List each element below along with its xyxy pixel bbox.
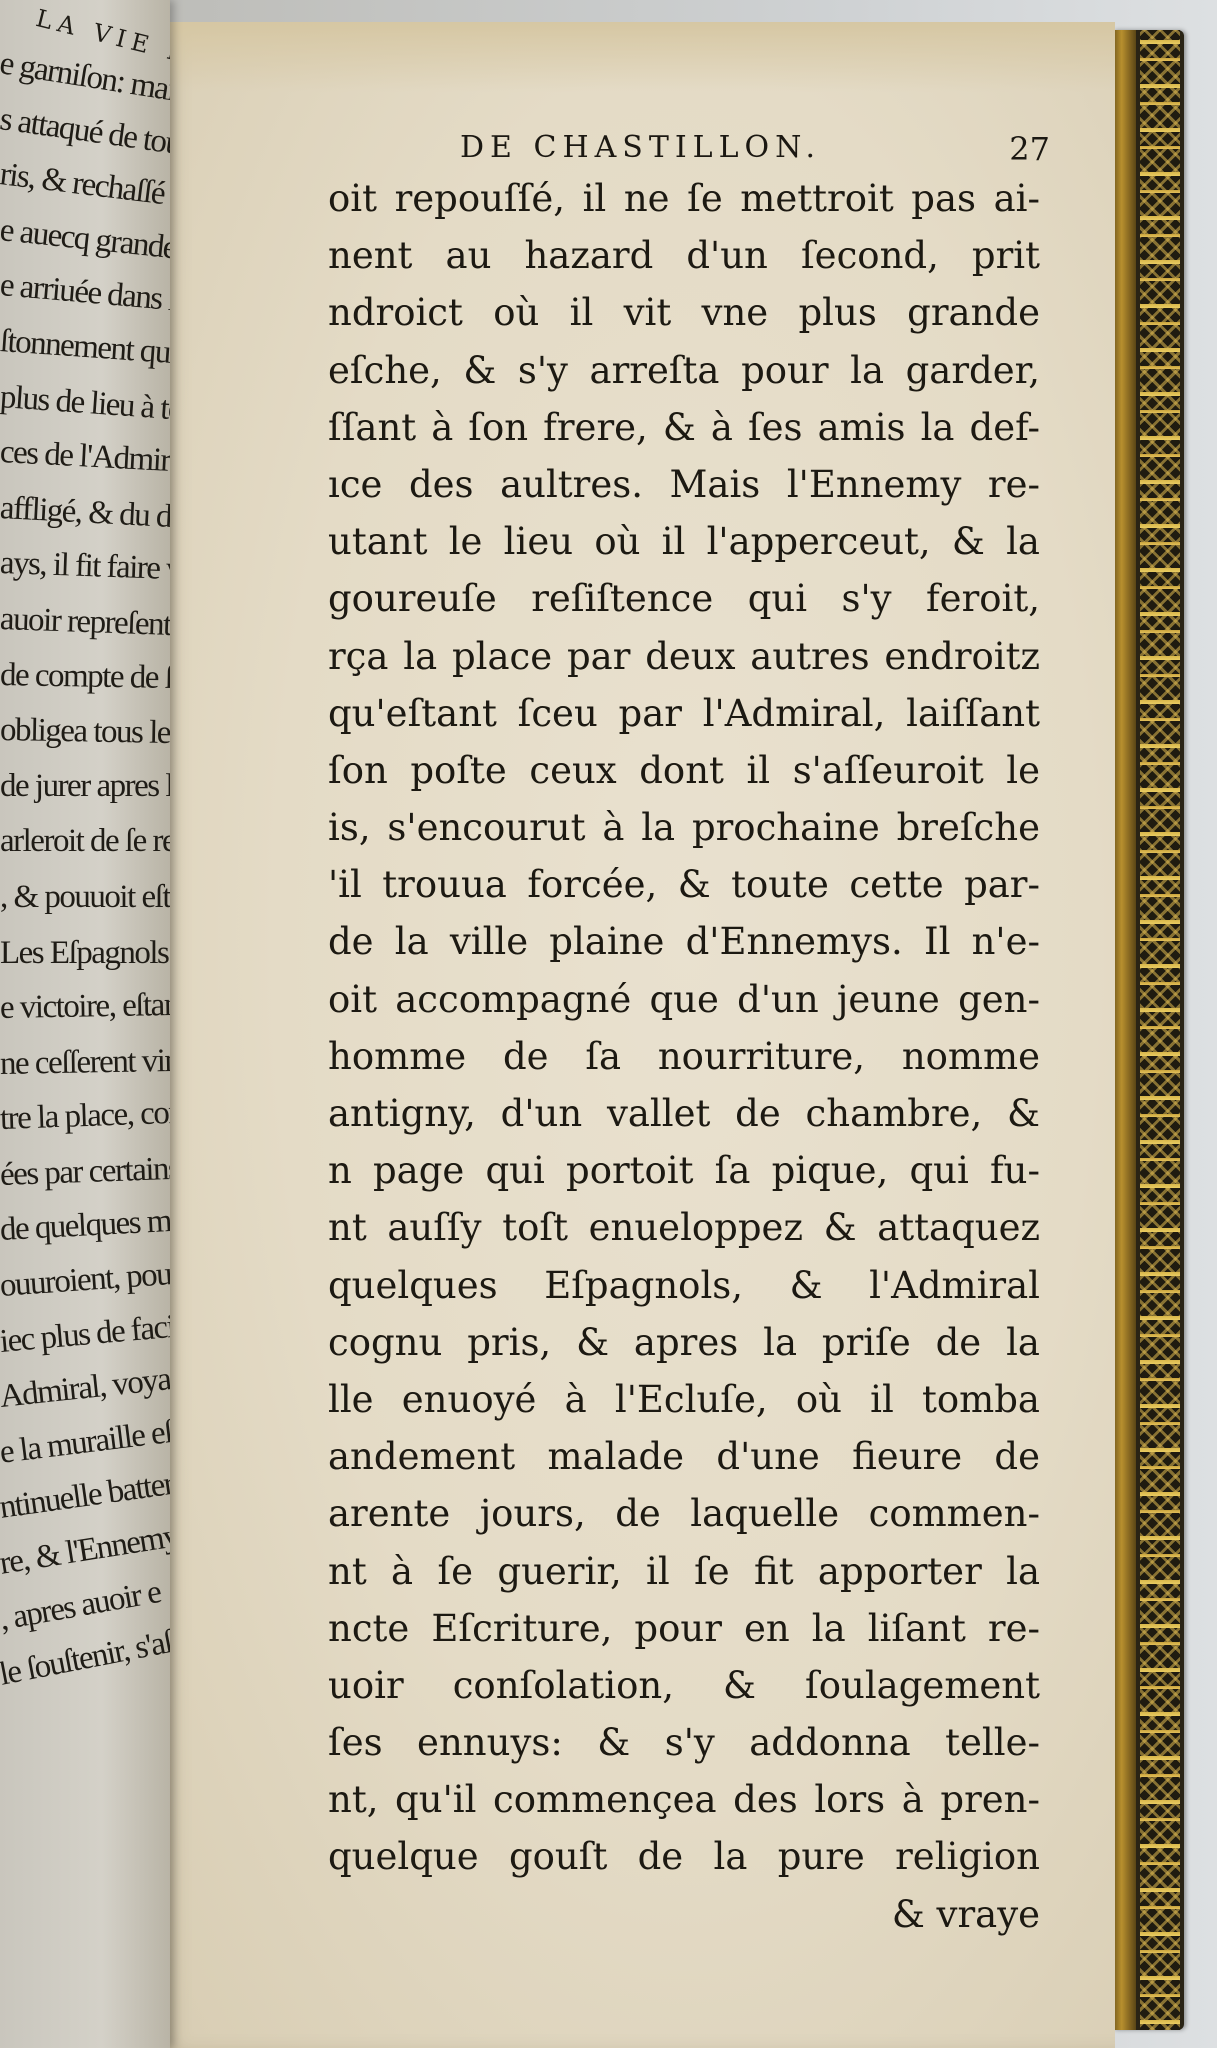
- text-line: ays, il fit faire vne: [0, 536, 170, 601]
- text-line: rça la place par deux autres endroitz: [328, 628, 1040, 685]
- text-line: Les Eſpagnols glo: [0, 926, 170, 982]
- page-number: 27: [1009, 130, 1050, 168]
- text-line: de jurer apres luy,: [0, 759, 170, 815]
- text-line: arleroit de ſe rend: [0, 814, 170, 870]
- gilt-fillet-decoration: [1112, 30, 1136, 2030]
- text-line: nt auſſy toſt enueloppez & attaquez: [328, 1199, 1040, 1256]
- running-head: DE CHASTILLON.: [460, 130, 821, 165]
- text-line: goureuſe reſiſtence qui s'y feroit,: [328, 570, 1040, 627]
- text-line: is, s'encourut à la prochaine breſche: [328, 799, 1040, 856]
- text-line: nt, qu'il commençea des lors à pren-: [328, 1771, 1040, 1828]
- gilt-binding-edge: [1112, 30, 1184, 2030]
- text-line: ndroict où il vit vne plus grande: [328, 284, 1040, 341]
- text-line: de la ville plaine d'Ennemys. Il n'e-: [328, 913, 1040, 970]
- text-line: , & pouuoit eſtre: [0, 870, 170, 926]
- text-line: qu'eſtant ſceu par l'Admiral, laiſſant: [328, 685, 1040, 742]
- text-line: tre la place, com: [0, 1083, 170, 1148]
- text-line: oit repouſſé, il ne ſe mettroit pas ai-: [328, 170, 1040, 227]
- left-page-facing: LA VIE DE L'A e garniſon: mais les s att…: [0, 0, 170, 2048]
- text-line: auoir repreſenté q: [0, 592, 170, 657]
- text-line: ne ceſſerent ving: [0, 1032, 170, 1092]
- text-line: quelque gouſt de la pure religion: [328, 1828, 1040, 1885]
- gilt-ornament-roll: [1140, 30, 1180, 2030]
- text-line: ıce des aultres. Mais l'Ennemy re-: [328, 456, 1040, 513]
- text-line: de compte de ſa p: [0, 648, 170, 708]
- catchword: & vraye: [328, 1886, 1040, 1943]
- text-line: antigny, d'un vallet de chambre, &: [328, 1085, 1040, 1142]
- text-line: eſche, & s'y arreſta pour la garder,: [328, 342, 1040, 399]
- text-line: e victoire, eſtans: [0, 977, 170, 1037]
- text-line: ſſant à ſon frere, & à ſes amis la def-: [328, 399, 1040, 456]
- text-line: oit accompagné que d'un jeune gen-: [328, 971, 1040, 1028]
- text-line: andement malade d'une fieure de: [328, 1428, 1040, 1485]
- text-line: homme de ſa nourriture, nomme: [328, 1028, 1040, 1085]
- right-page: DE CHASTILLON. 27 oit repouſſé, il ne ſe…: [160, 22, 1115, 2048]
- text-line: quelques Eſpagnols, & l'Admiral: [328, 1257, 1040, 1314]
- text-line: obligea tous les h: [0, 703, 170, 763]
- text-line: ncte Eſcriture, pour en la liſant re-: [328, 1600, 1040, 1657]
- text-line: nt à ſe guerir, il ſe fit apporter la: [328, 1543, 1040, 1600]
- text-line: ſes ennuys: & s'y addonna telle-: [328, 1714, 1040, 1771]
- text-line: uoir conſolation, & ſoulagement: [328, 1657, 1040, 1714]
- body-text: oit repouſſé, il ne ſe mettroit pas ai- …: [328, 170, 1040, 1943]
- text-line: nent au hazard d'un ſecond, prit: [328, 227, 1040, 284]
- text-line: arente jours, de laquelle commen-: [328, 1485, 1040, 1542]
- page-header: DE CHASTILLON. 27: [460, 130, 1050, 170]
- text-line: n page qui portoit ſa pique, qui fu-: [328, 1142, 1040, 1199]
- text-line: ées par certains d: [0, 1139, 170, 1204]
- text-line: utant le lieu où il l'apperceut, & la: [328, 513, 1040, 570]
- text-line: cognu pris, & apres la priſe de la: [328, 1314, 1040, 1371]
- text-line: lle enuoyé à l'Ecluſe, où il tomba: [328, 1371, 1040, 1428]
- text-line: ſon poſte ceux dont il s'aſſeuroit le: [328, 742, 1040, 799]
- text-line: 'il trouua forcée, & toute cette par-: [328, 856, 1040, 913]
- left-body-text: e garniſon: mais les s attaqué de tous c…: [0, 36, 170, 1704]
